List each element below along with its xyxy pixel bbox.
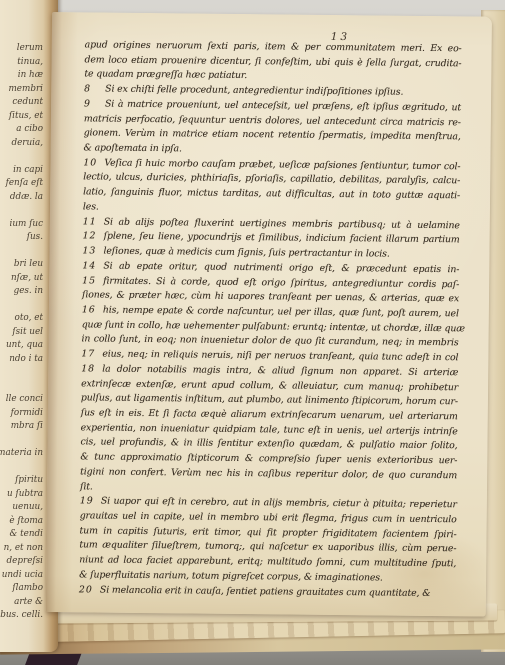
text-line: 20Si melancolia erit in cauſa, ſentiet p… <box>79 583 456 602</box>
facing-page-text-fragment: lerum <box>0 42 43 56</box>
facing-page-text-fragment: depreſsi <box>0 555 43 569</box>
facing-page-text-fragment: arte & <box>0 596 43 610</box>
facing-page-text-fragment: cedunt <box>0 96 43 110</box>
item-number: 15 <box>82 274 103 289</box>
facing-page-text-fragment: oto, et <box>0 312 43 326</box>
facing-page-text-fragment: ſitus, et <box>0 110 43 124</box>
facing-page-text-fragment: formidi <box>0 407 43 421</box>
facing-page-text-fragment: deruia, <box>0 137 43 151</box>
facing-page-text-fragment: ſus. <box>0 231 43 245</box>
facing-page-text-fragment: a cibo <box>0 123 43 137</box>
page-text: apud origines neruorum ſexti paris, item… <box>79 38 462 601</box>
facing-page-text-fragment <box>0 366 43 380</box>
facing-page-text-fragment: u ſubtra <box>0 488 43 502</box>
item-number: 10 <box>83 156 104 171</box>
item-number: 14 <box>82 259 103 274</box>
facing-page-text-fragment: ſsit uel <box>0 326 43 340</box>
book-page: 13 apud origines neruorum ſexti paris, i… <box>46 12 492 617</box>
facing-page-text-fragment: & tendi <box>0 528 43 542</box>
facing-page-text-fragment: materia in <box>0 447 43 461</box>
line-text: Si melancolia erit in cauſa, ſentiet pat… <box>100 583 456 601</box>
facing-page-text-fragment: fenſa eſt <box>0 177 43 191</box>
facing-page-text-fragment: tinua, <box>0 56 43 70</box>
facing-page-text-fragment: ges. in <box>0 285 43 299</box>
item-number: 9 <box>84 97 105 112</box>
facing-page-text-fragment: mbra ſi <box>0 420 43 434</box>
facing-page-text-fragment: bus. celli. <box>0 609 43 623</box>
facing-page-text-fragment: uenuu, <box>0 501 43 515</box>
facing-page-text-fragment: bri leu <box>0 258 43 272</box>
item-number: 13 <box>82 244 103 259</box>
item-number: 18 <box>81 362 102 377</box>
facing-page-text-fragment <box>0 150 43 164</box>
item-number: 17 <box>81 347 102 362</box>
item-number: 16 <box>82 303 103 318</box>
facing-page-text-fragment: unt, qua <box>0 339 43 353</box>
facing-page-text-fragment <box>0 204 43 218</box>
facing-page-text-fragment: n, et non <box>0 542 43 556</box>
facing-page-text-fragment: undi ucia <box>0 569 43 583</box>
facing-page-text-fragment <box>0 299 43 313</box>
facing-page-text-fragment: ſpiritu <box>0 474 43 488</box>
facing-page-text-fragment <box>0 461 43 475</box>
facing-page-text-fragment: lle conci <box>0 393 43 407</box>
item-number: 8 <box>84 82 105 97</box>
book-photo: lerumtinua,in hæmembriceduntſitus, eta c… <box>0 0 505 665</box>
facing-page-text-fragment: in hæ <box>0 69 43 83</box>
facing-page-text-fragment: ndo i ta <box>0 353 43 367</box>
item-number: 11 <box>83 215 104 230</box>
facing-page-text-fragment: ium ſuc <box>0 218 43 232</box>
facing-page-text-fragment: è ſtoma <box>0 515 43 529</box>
facing-page-text-fragment: nſæ, ut <box>0 272 43 286</box>
item-number: 12 <box>83 230 104 245</box>
item-number: 19 <box>80 495 101 510</box>
facing-page-text-fragment: ddæ. la <box>0 191 43 205</box>
facing-page-text-fragment <box>0 380 43 394</box>
facing-page-text-fragment <box>0 245 43 259</box>
facing-page-text-fragment: membri <box>0 83 43 97</box>
facing-page-text-fragment: ſlambo <box>0 582 43 596</box>
facing-page-text-fragment: in capi <box>0 164 43 178</box>
facing-page-text-fragment <box>0 434 43 448</box>
item-number: 20 <box>79 583 100 598</box>
